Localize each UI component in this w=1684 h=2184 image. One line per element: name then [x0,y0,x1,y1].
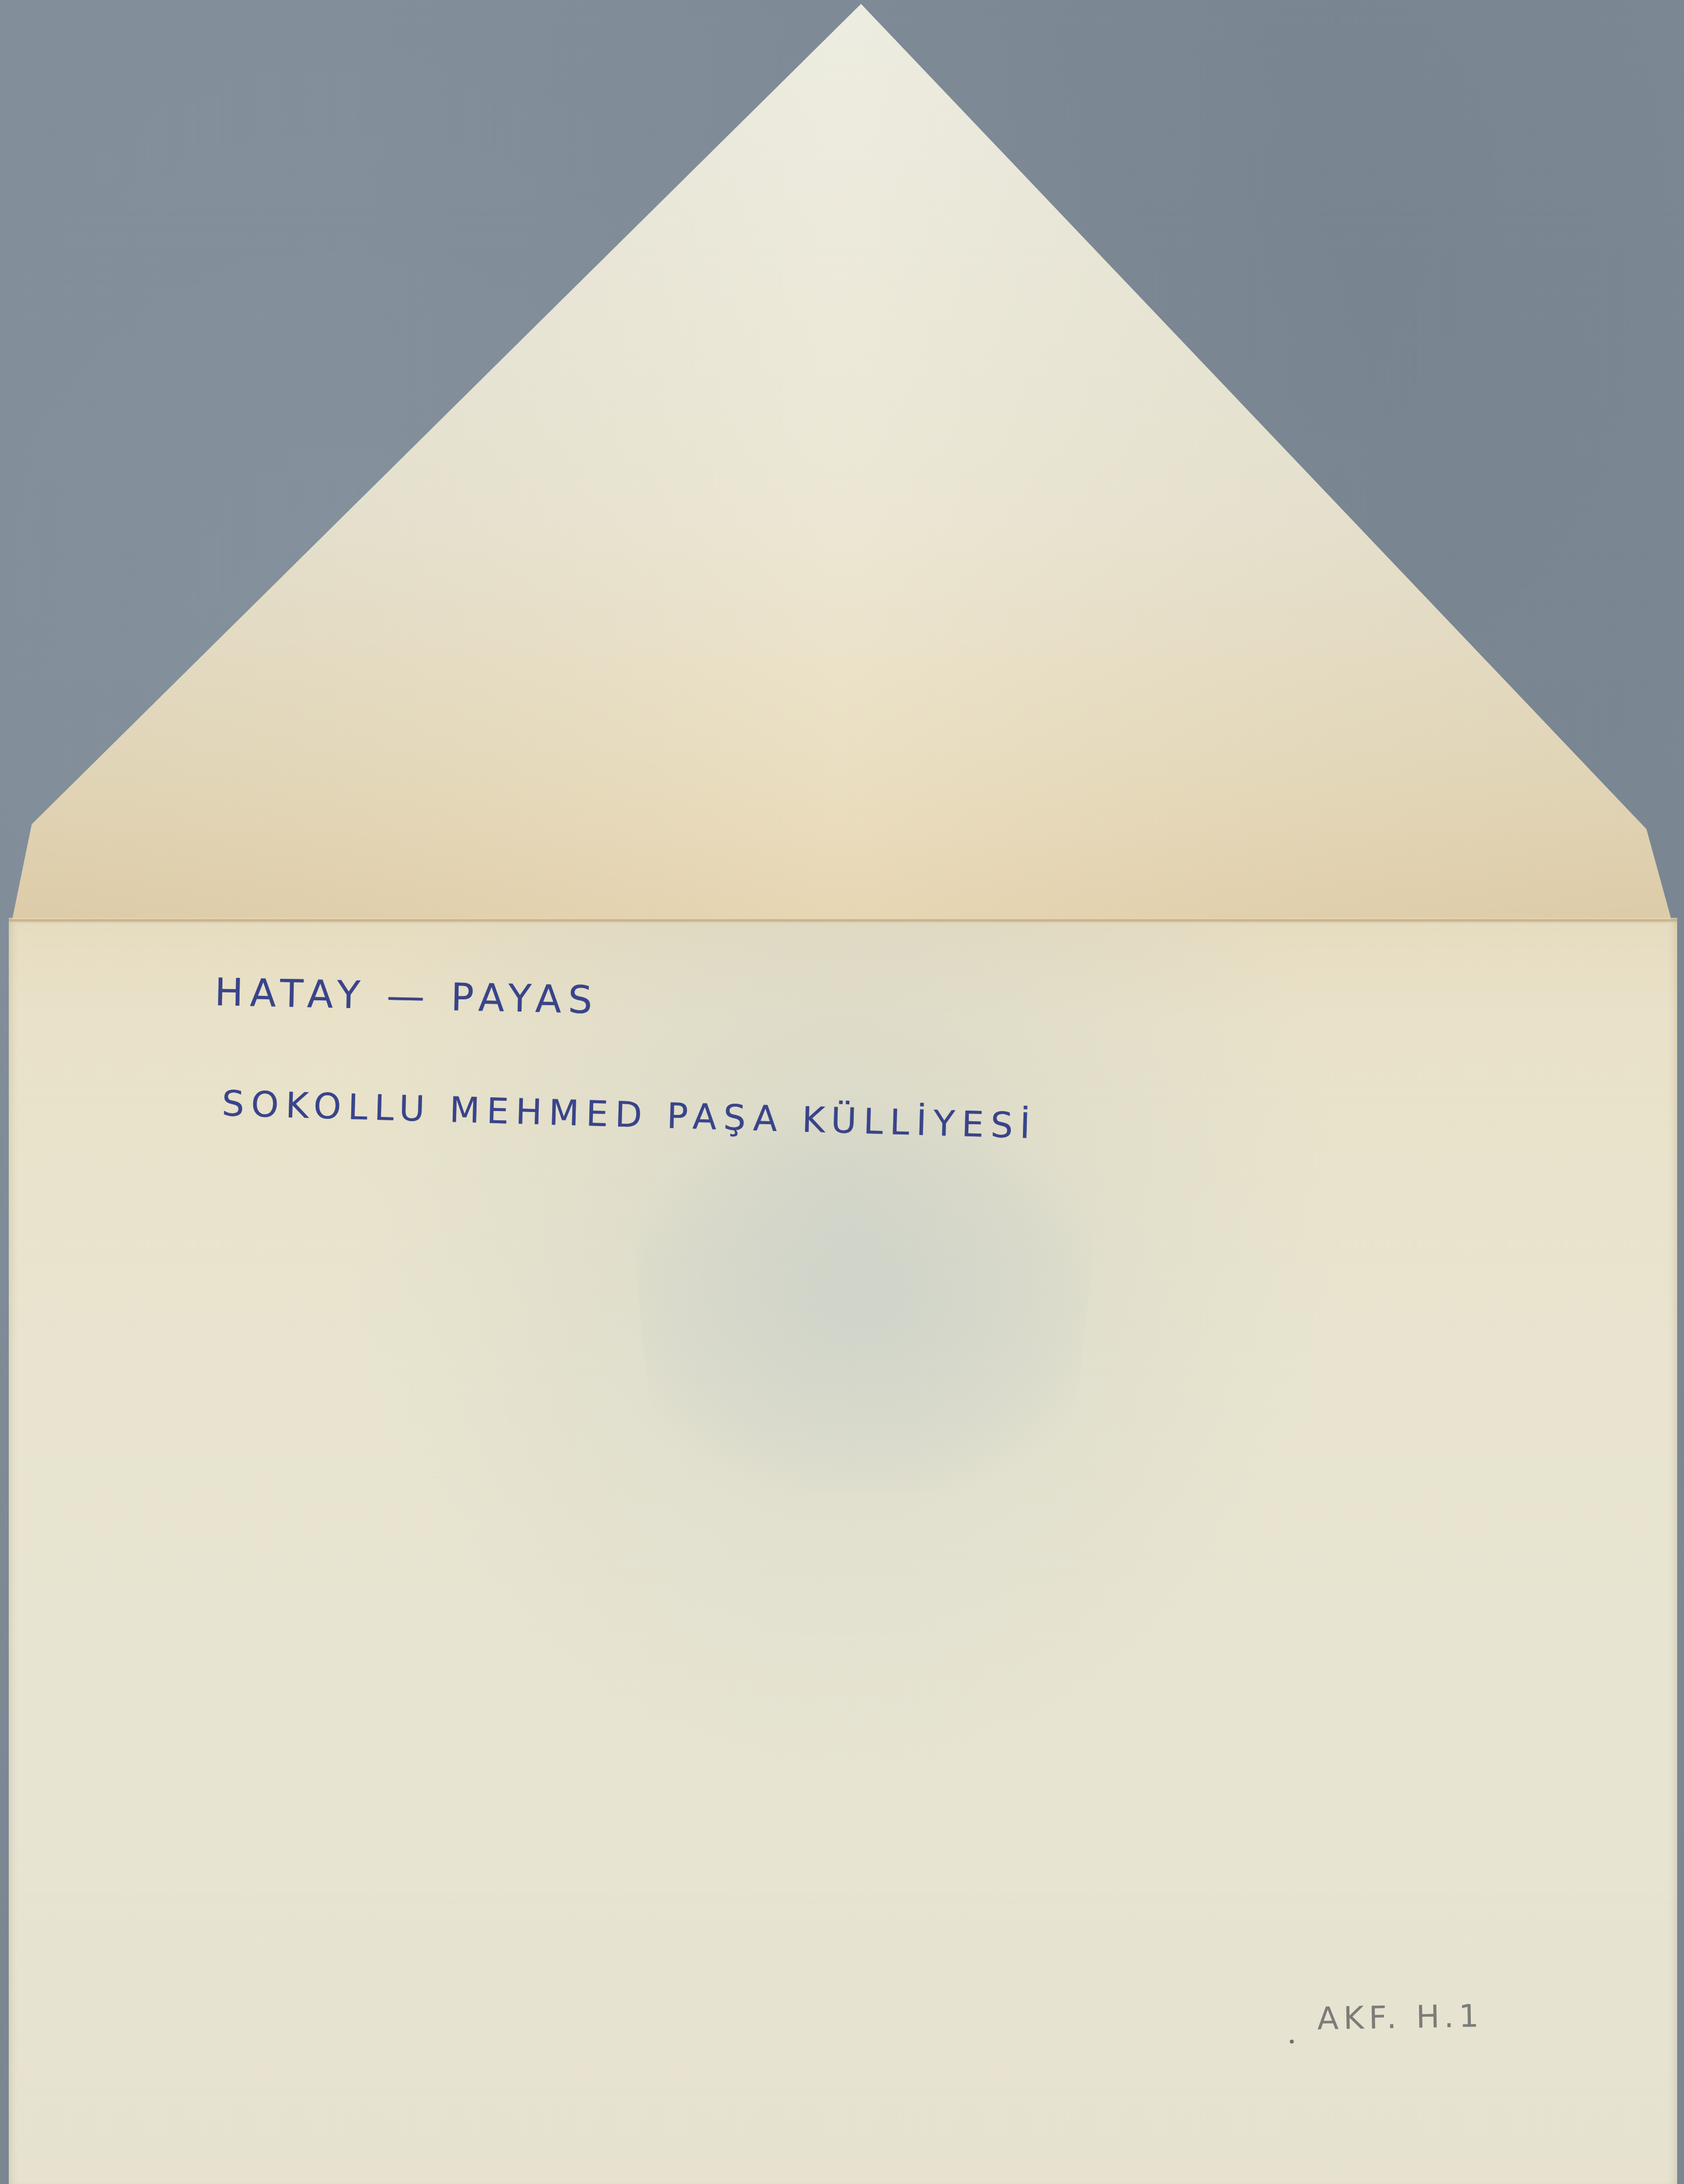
envelope-flap [0,0,1684,927]
envelope-fold-line [9,918,1677,923]
separator-dash: — [386,974,432,1019]
town-text: PAYAS [450,975,600,1022]
inner-flap-shadow [620,1112,1107,1492]
archive-reference: AKF. H.1 [1317,1998,1484,2037]
handwritten-location: HATAY—PAYAS [214,971,600,1022]
pencil-dot [1290,2040,1294,2044]
province-text: HATAY [214,971,367,1018]
envelope-flap-shape [0,0,1684,927]
